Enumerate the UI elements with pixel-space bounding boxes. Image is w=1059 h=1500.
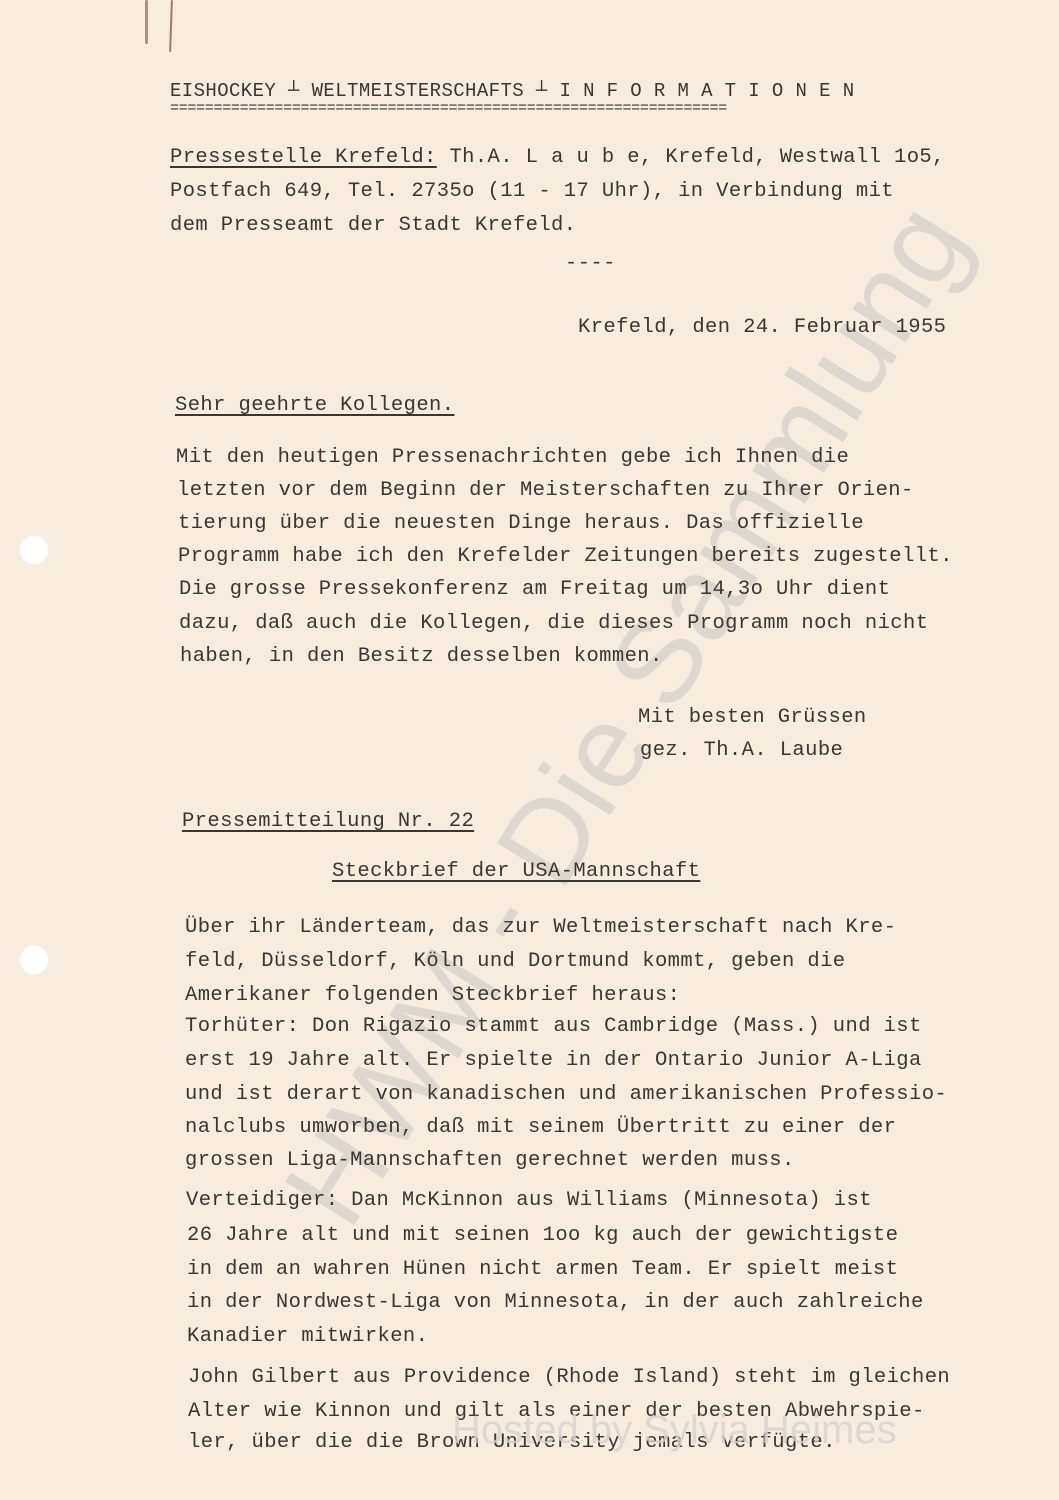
header-rule: ========================================… <box>170 100 727 117</box>
punch-hole <box>19 535 49 565</box>
release-line: 26 Jahre alt und mit seinen 1oo kg auch … <box>187 1224 898 1247</box>
release-line: in der Nordwest-Liga von Minnesota, in d… <box>187 1291 924 1314</box>
closing: Mit besten Grüssen <box>638 706 867 729</box>
document-header: EISHOCKEY ┴ WELTMEISTERSCHAFTS ┴ I N F O… <box>170 80 855 102</box>
letter-line: Programm habe ich den Krefelder Zeitunge… <box>178 545 953 568</box>
release-line: Kanadier mitwirken. <box>187 1325 428 1348</box>
release-title: Steckbrief der USA-Mannschaft <box>332 860 700 883</box>
release-line: Amerikaner folgenden Steckbrief heraus: <box>185 984 680 1007</box>
release-line: nalclubs umworben, daß mit seinem Übertr… <box>185 1116 896 1139</box>
letter-line: Die grosse Pressekonferenz am Freitag um… <box>179 578 890 601</box>
hosted-by-watermark: Hosted by Sylvia Heimes <box>452 1408 897 1453</box>
release-line: Über ihr Länderteam, das zur Weltmeister… <box>185 916 896 939</box>
release-line: und ist derart von kanadischen und ameri… <box>185 1083 947 1106</box>
release-line: grossen Liga-Mannschaften gerechnet werd… <box>185 1149 795 1172</box>
press-office-address: Th.A. L a u b e, Krefeld, Westwall 1o5, <box>437 146 945 169</box>
letter-line: haben, in den Besitz desselben kommen. <box>180 645 663 668</box>
release-line: in dem an wahren Hünen nicht armen Team.… <box>187 1258 898 1281</box>
letter-line: Mit den heutigen Pressenachrichten gebe … <box>176 446 849 469</box>
letter-line: letzten vor dem Beginn der Meisterschaft… <box>177 479 914 502</box>
release-line: Verteidiger: Dan McKinnon aus Williams (… <box>186 1189 872 1212</box>
release-line: Torhüter: Don Rigazio stammt aus Cambrid… <box>185 1015 922 1038</box>
release-line: feld, Düsseldorf, Köln und Dortmund komm… <box>185 950 846 973</box>
salutation: Sehr geehrte Kollegen. <box>175 394 454 417</box>
punch-hole <box>19 945 49 975</box>
letter-line: dazu, daß auch die Kollegen, die dieses … <box>179 612 928 635</box>
signature: gez. Th.A. Laube <box>640 739 843 762</box>
pen-marks <box>137 0 177 60</box>
dateline: Krefeld, den 24. Februar 1955 <box>578 316 946 339</box>
press-office-line3: dem Presseamt der Stadt Krefeld. <box>170 214 576 237</box>
press-office-line1: Pressestelle Krefeld: Th.A. L a u b e, K… <box>170 146 945 169</box>
release-number: Pressemitteilung Nr. 22 <box>182 810 474 833</box>
separator: ---- <box>565 252 616 275</box>
release-line: erst 19 Jahre alt. Er spielte in der Ont… <box>185 1049 922 1072</box>
letter-line: tierung über die neuesten Dinge heraus. … <box>178 512 864 535</box>
press-office-label: Pressestelle Krefeld: <box>170 146 437 169</box>
release-line: John Gilbert aus Providence (Rhode Islan… <box>188 1366 950 1389</box>
press-office-line2: Postfach 649, Tel. 2735o (11 - 17 Uhr), … <box>170 180 894 203</box>
